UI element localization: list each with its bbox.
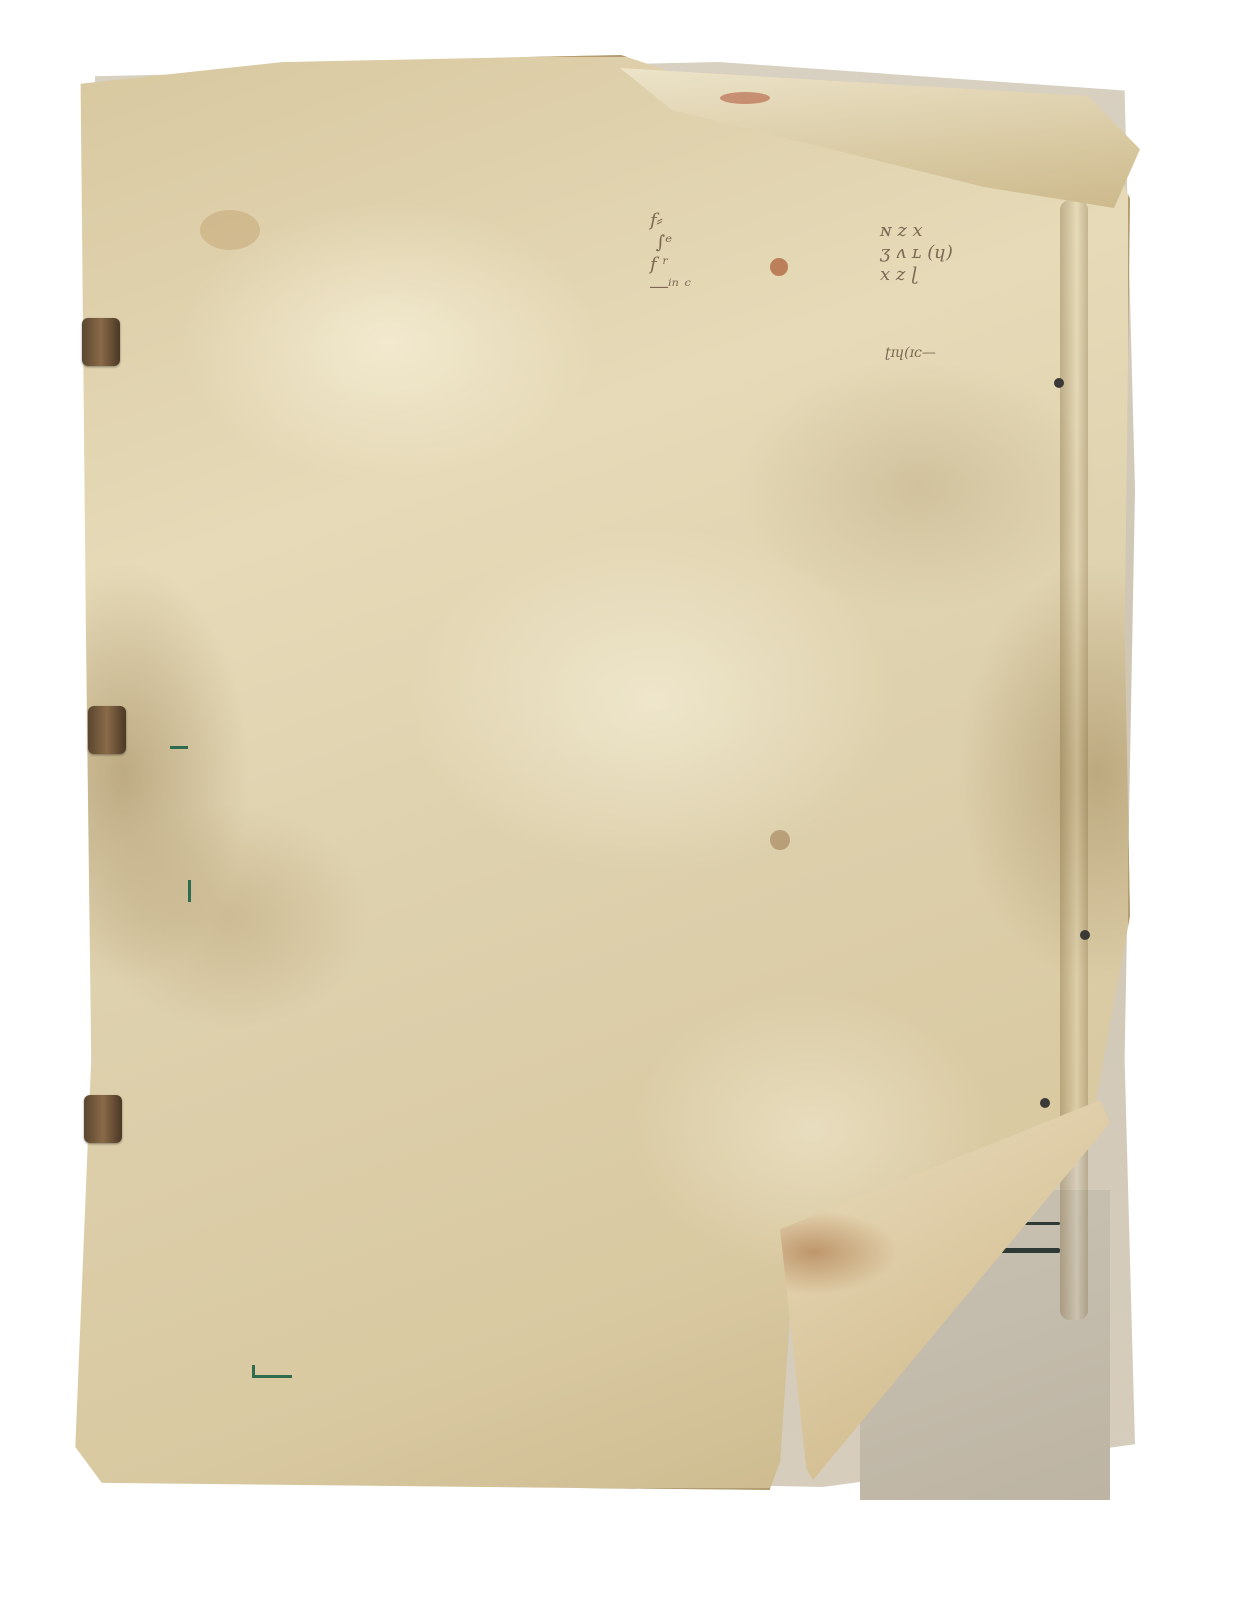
green-ink-mark [252,1375,292,1378]
book-photo: f⸗ ∫ᵉ f ʳ ―ⁱⁿ ᶜ ɴ z x ʒ ʌ ʟ (ɥ) x z ɭ ʈɪ… [0,0,1234,1600]
stain [770,258,788,276]
spine-tie-middle [88,706,126,754]
green-ink-mark [170,746,188,749]
nail-hole [1080,930,1090,940]
stain [720,92,770,104]
marginalia-numerals: ɴ z x ʒ ʌ ʟ (ɥ) x z ɭ [880,220,953,286]
marginalia-line: ʈɪɥ(ɪᴄ— [885,342,936,364]
nail-hole [1054,378,1064,388]
nail-hole [1040,1098,1050,1108]
stain [770,830,790,850]
stain [200,210,260,250]
marginalia-notes: f⸗ ∫ᵉ f ʳ ―ⁱⁿ ᶜ [650,210,691,298]
spine-tie-bottom [84,1095,122,1143]
green-ink-mark [188,880,191,902]
spine-tie-top [82,318,120,366]
